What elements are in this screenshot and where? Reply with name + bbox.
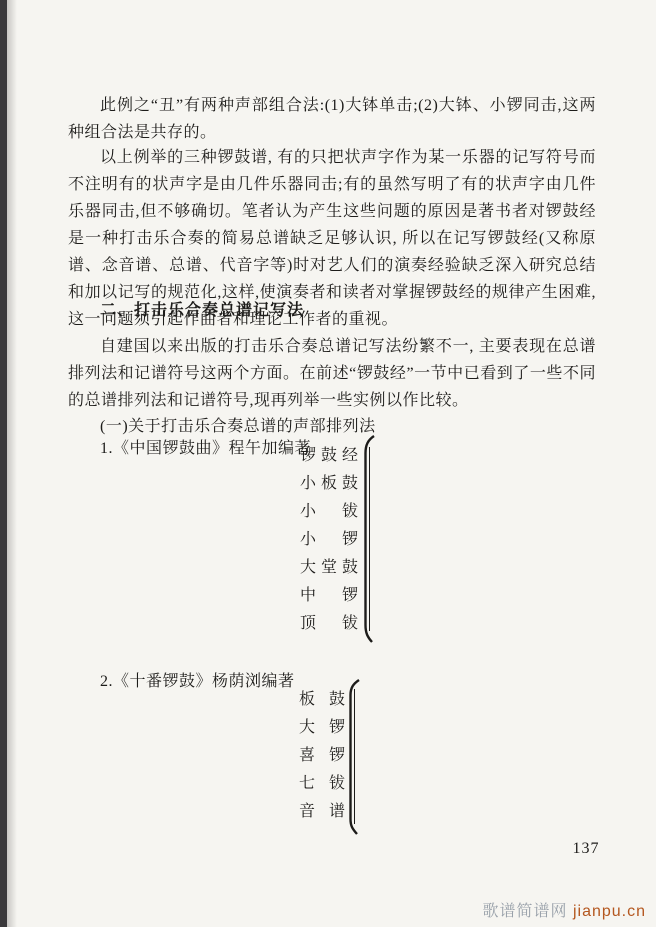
paragraph-score-variety: 自建国以来出版的打击乐合奏总谱记写法纷繁不一, 主要表现在总谱排列法和记谱符号这… (68, 333, 596, 414)
scan-edge-shadow (0, 0, 7, 927)
part-name: 顶钹 (300, 610, 358, 638)
part-name: 小锣 (300, 526, 358, 554)
part-name: 小板鼓 (300, 470, 358, 498)
watermark-site-url: jianpu.cn (573, 903, 646, 920)
watermark-site-name: 歌谱简谱网 (483, 903, 573, 920)
part-name: 板鼓 (299, 686, 345, 714)
paragraph-sound-combinations: 此例之“丑”有两种声部组合法:(1)大钵单击;(2)大钵、小锣同击,这两种组合法… (68, 92, 596, 146)
part-name: 大堂鼓 (300, 554, 358, 582)
book-page: 此例之“丑”有两种声部组合法:(1)大钵单击;(2)大钵、小锣同击,这两种组合法… (0, 0, 656, 927)
watermark: 歌谱简谱网 jianpu.cn (483, 898, 647, 921)
part-name: 小钹 (300, 498, 358, 526)
subsection-heading: (一)关于打击乐合奏总谱的声部排列法 (100, 415, 376, 439)
part-name: 大锣 (299, 714, 345, 742)
part-name: 音谱 (299, 798, 345, 826)
example1-title: 1.《中国锣鼓曲》程午加编著 (100, 437, 311, 461)
part-name: 锣鼓经 (300, 442, 358, 470)
example2-part-list: 板鼓 大锣 喜锣 七钹 音谱 (299, 686, 345, 826)
part-name: 喜锣 (299, 742, 345, 770)
example2-title: 2.《十番锣鼓》杨荫浏编著 (100, 670, 295, 694)
score-brace-icon (359, 435, 377, 643)
score-brace-icon (344, 679, 362, 835)
example1-part-list: 锣鼓经 小板鼓 小钹 小锣 大堂鼓 中锣 顶钹 (300, 442, 358, 638)
scan-edge-fade (7, 0, 17, 927)
section-heading: 二、打击乐合奏总谱记写法 (100, 300, 304, 322)
page-number: 137 (556, 840, 616, 858)
part-name: 七钹 (299, 770, 345, 798)
part-name: 中锣 (300, 582, 358, 610)
